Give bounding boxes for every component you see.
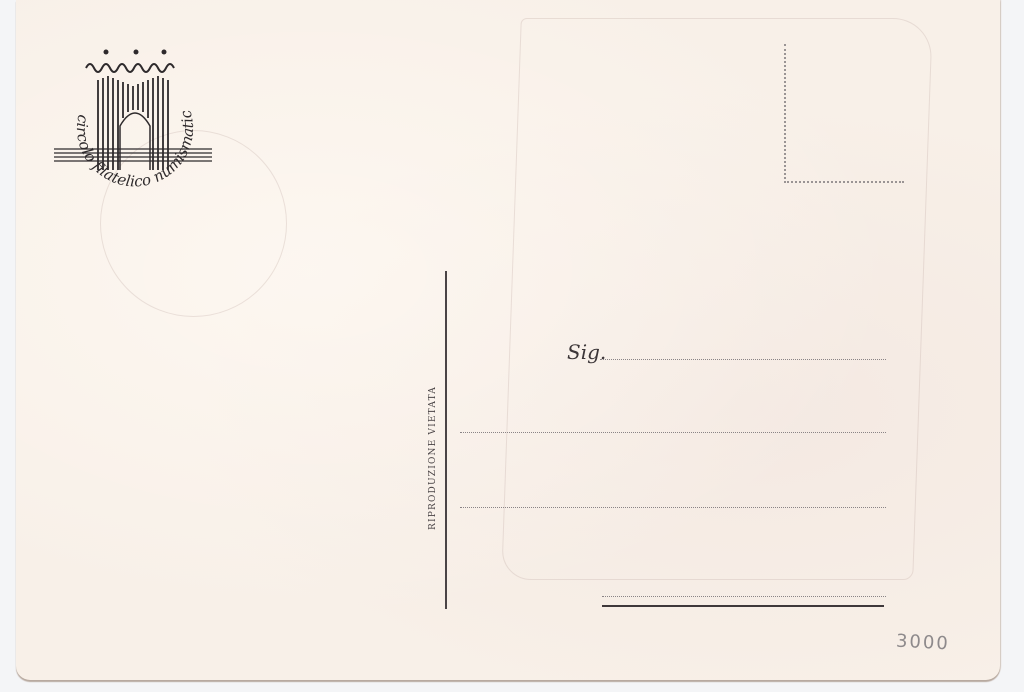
address-line-2 [460, 432, 886, 433]
address-line-3 [460, 507, 886, 508]
stamp-placeholder [784, 44, 904, 183]
salutation-label: Sig. [567, 340, 606, 364]
circolo-filatelico-logo-icon: circolo filatelico numismatico [52, 48, 217, 213]
address-underline [602, 605, 884, 607]
reproduction-notice: RIPRODUZIONE VIETATA [428, 386, 438, 530]
address-line-4 [602, 596, 886, 597]
pencil-price-note: 3000 [895, 631, 950, 655]
postcard-back: ​ [16, 0, 1000, 680]
address-line-1 [600, 359, 886, 360]
center-divider-line [445, 271, 447, 609]
